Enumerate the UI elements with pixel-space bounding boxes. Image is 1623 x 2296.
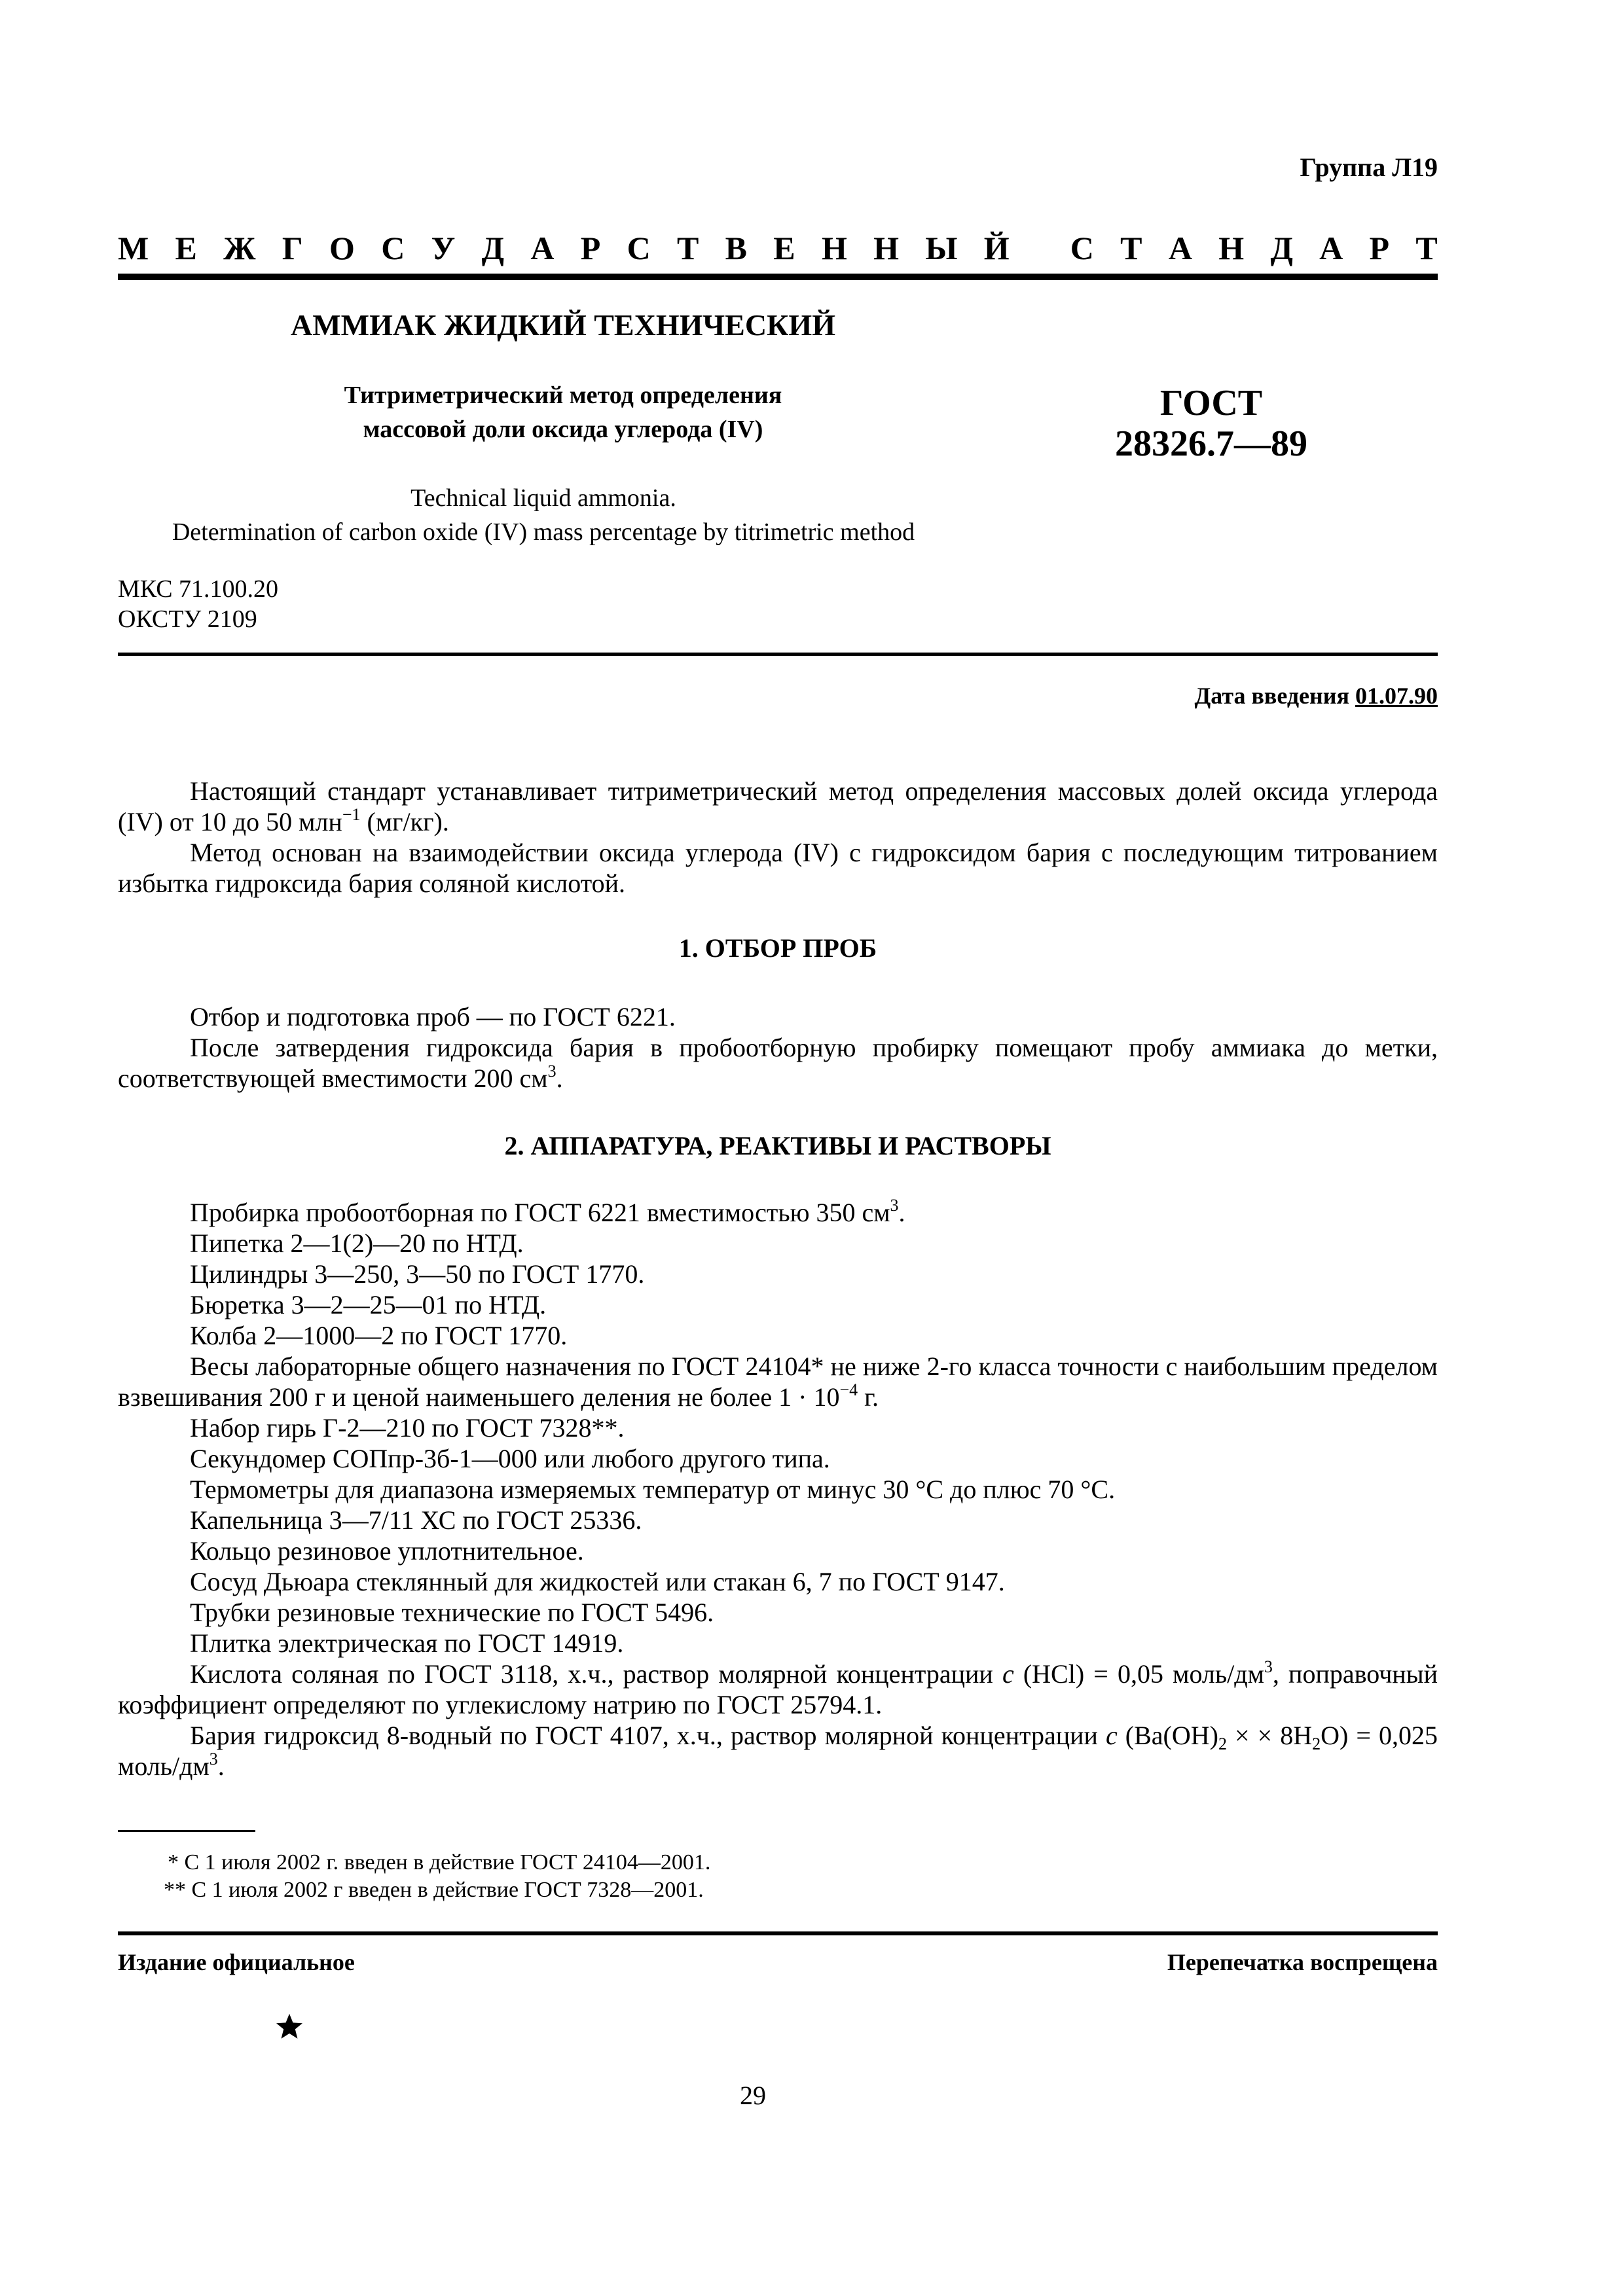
- introduction: Настоящий стандарт устанавливает титриме…: [118, 776, 1438, 899]
- text: .: [899, 1198, 905, 1227]
- list-item: Бария гидроксид 8-водный по ГОСТ 4107, х…: [118, 1720, 1438, 1782]
- list-item: Трубки резиновые технические по ГОСТ 549…: [118, 1597, 1438, 1628]
- banner-letter: О: [329, 229, 355, 267]
- document-title: АММИАК ЖИДКИЙ ТЕХНИЧЕСКИЙ: [118, 308, 1008, 342]
- banner-letter: С: [627, 229, 651, 267]
- superscript: 3: [890, 1196, 899, 1215]
- superscript: 3: [548, 1062, 556, 1081]
- english-title-line-1: Technical liquid ammonia.: [118, 481, 969, 515]
- banner-letter: Т: [1415, 229, 1437, 267]
- banner-letter: Ы: [925, 229, 957, 267]
- banner-letter: С: [381, 229, 405, 267]
- introduction-date: Дата введения 01.07.90: [1195, 682, 1438, 709]
- list-item: Весы лабораторные общего назначения по Г…: [118, 1351, 1438, 1412]
- list-item: Бюретка 3—2—25—01 по НТД.: [118, 1289, 1438, 1320]
- section-2-title: 2. АППАРАТУРА, РЕАКТИВЫ И РАСТВОРЫ: [118, 1130, 1438, 1161]
- footnote-rule: [118, 1830, 255, 1832]
- reprint-prohibited-label: Перепечатка воспрещена: [1167, 1948, 1438, 1976]
- intro-paragraph-2: Метод основан на взаимодействии оксида у…: [118, 837, 1438, 899]
- banner-letter: [1036, 229, 1044, 267]
- banner-letter: Н: [873, 229, 899, 267]
- banner-letter: Р: [1370, 229, 1390, 267]
- text: (Ba(OH): [1118, 1721, 1218, 1750]
- banner-letter: А: [1169, 229, 1192, 267]
- list-item: Секундомер СОПпр-3б-1—000 или любого дру…: [118, 1443, 1438, 1474]
- group-label: Группа Л19: [1300, 152, 1438, 183]
- intro-date-label: Дата введения: [1195, 683, 1350, 709]
- list-item: Сосуд Дьюара стеклянный для жидкостей ил…: [118, 1566, 1438, 1597]
- list-item: Пипетка 2—1(2)—20 по НТД.: [118, 1228, 1438, 1259]
- text: Пробирка пробоотборная по ГОСТ 6221 вмес…: [190, 1198, 890, 1227]
- text: .: [218, 1751, 225, 1781]
- banner-letter: Й: [984, 229, 1010, 267]
- subscript: 2: [1312, 1734, 1321, 1753]
- english-title-line-2: Determination of carbon oxide (IV) mass …: [118, 515, 969, 549]
- footnote-2: ** С 1 июля 2002 г введен в действие ГОС…: [118, 1876, 710, 1904]
- text: .: [556, 1064, 563, 1093]
- mks-code: МКС 71.100.20: [118, 574, 278, 604]
- list-item: Термометры для диапазона измеряемых темп…: [118, 1474, 1438, 1505]
- banner-letter: А: [530, 229, 554, 267]
- banner-letter: В: [725, 229, 747, 267]
- banner-letter: Н: [1218, 229, 1244, 267]
- banner-letter: Р: [581, 229, 601, 267]
- gost-label: ГОСТ: [1048, 383, 1375, 423]
- interstate-standard-banner: МЕЖГОСУДАРСТВЕННЫЙ СТАНДАРТ: [118, 229, 1438, 267]
- banner-letter: Г: [282, 229, 303, 267]
- intro-date-value: 01.07.90: [1355, 683, 1438, 709]
- page-number: 29: [720, 2080, 786, 2111]
- superscript: −1: [342, 805, 361, 824]
- gost-number: 28326.7—89: [1048, 423, 1375, 464]
- banner-letter: С: [1070, 229, 1094, 267]
- banner-letter: Е: [773, 229, 795, 267]
- list-item: Кислота соляная по ГОСТ 3118, х.ч., раст…: [118, 1659, 1438, 1720]
- text: После затвердения гидроксида бария в про…: [118, 1033, 1438, 1093]
- section-1-title: 1. ОТБОР ПРОБ: [118, 933, 1438, 963]
- list-item: Пробирка пробоотборная по ГОСТ 6221 вмес…: [118, 1197, 1438, 1228]
- subtitle-line-1: Титриметрический метод определения: [118, 378, 1008, 412]
- section-1-paragraph-1: Отбор и подготовка проб — по ГОСТ 6221.: [118, 1001, 1438, 1032]
- italic-symbol: c: [1002, 1659, 1014, 1689]
- superscript: 3: [210, 1749, 218, 1768]
- italic-symbol: c: [1106, 1721, 1118, 1750]
- section-1: 1. ОТБОР ПРОБ Отбор и подготовка проб — …: [118, 933, 1438, 1094]
- list-item: Кольцо резиновое уплотнительное.: [118, 1535, 1438, 1566]
- subtitle-line-2: массовой доли оксида углерода (IV): [118, 412, 1008, 446]
- banner-letter: Н: [822, 229, 847, 267]
- header-rule: [118, 274, 1438, 280]
- english-title: Technical liquid ammonia. Determination …: [118, 481, 969, 549]
- banner-letter: Д: [1270, 229, 1292, 267]
- text: Бария гидроксид 8-водный по ГОСТ 4107, х…: [190, 1721, 1106, 1750]
- banner-letter: Е: [175, 229, 197, 267]
- subscript: 2: [1218, 1734, 1227, 1753]
- text: Весы лабораторные общего назначения по Г…: [118, 1352, 1438, 1412]
- footnote-1: * С 1 июля 2002 г. введен в действие ГОС…: [118, 1849, 710, 1876]
- superscript: −4: [839, 1380, 858, 1399]
- list-item: Плитка электрическая по ГОСТ 14919.: [118, 1628, 1438, 1659]
- list-item: Цилиндры 3—250, 3—50 по ГОСТ 1770.: [118, 1259, 1438, 1289]
- banner-letter: Т: [677, 229, 699, 267]
- text: Кислота соляная по ГОСТ 3118, х.ч., раст…: [190, 1659, 1002, 1689]
- gost-designation: ГОСТ 28326.7—89: [1048, 383, 1375, 464]
- banner-letter: М: [118, 229, 149, 267]
- footnotes: * С 1 июля 2002 г. введен в действие ГОС…: [118, 1849, 710, 1904]
- banner-letter: Ж: [223, 229, 255, 267]
- list-item: Колба 2—1000—2 по ГОСТ 1770.: [118, 1320, 1438, 1351]
- list-item: Набор гирь Г-2—210 по ГОСТ 7328**.: [118, 1412, 1438, 1443]
- star-icon: [275, 2012, 304, 2041]
- superscript: 3: [1264, 1657, 1273, 1676]
- footer-rule: [118, 1931, 1438, 1935]
- section-2: 2. АППАРАТУРА, РЕАКТИВЫ И РАСТВОРЫ Проби…: [118, 1130, 1438, 1782]
- official-edition-label: Издание официальное: [118, 1948, 355, 1976]
- text: Настоящий стандарт устанавливает титриме…: [118, 776, 1438, 836]
- classification-rule: [118, 653, 1438, 656]
- classification-codes: МКС 71.100.20 ОКСТУ 2109: [118, 574, 278, 634]
- intro-paragraph-1: Настоящий стандарт устанавливает титриме…: [118, 776, 1438, 837]
- okstu-code: ОКСТУ 2109: [118, 604, 278, 634]
- text: × × 8H: [1227, 1721, 1312, 1750]
- text: (мг/кг).: [361, 807, 449, 836]
- section-1-paragraph-2: После затвердения гидроксида бария в про…: [118, 1032, 1438, 1094]
- document-subtitle: Титриметрический метод определения массо…: [118, 378, 1008, 446]
- banner-letter: Т: [1120, 229, 1142, 267]
- banner-letter: Д: [482, 229, 504, 267]
- text: (HCl) = 0,05 моль/дм: [1014, 1659, 1264, 1689]
- banner-letter: А: [1319, 229, 1343, 267]
- text: г.: [858, 1382, 879, 1412]
- banner-letter: У: [431, 229, 456, 267]
- list-item: Капельница 3—7/11 ХС по ГОСТ 25336.: [118, 1505, 1438, 1535]
